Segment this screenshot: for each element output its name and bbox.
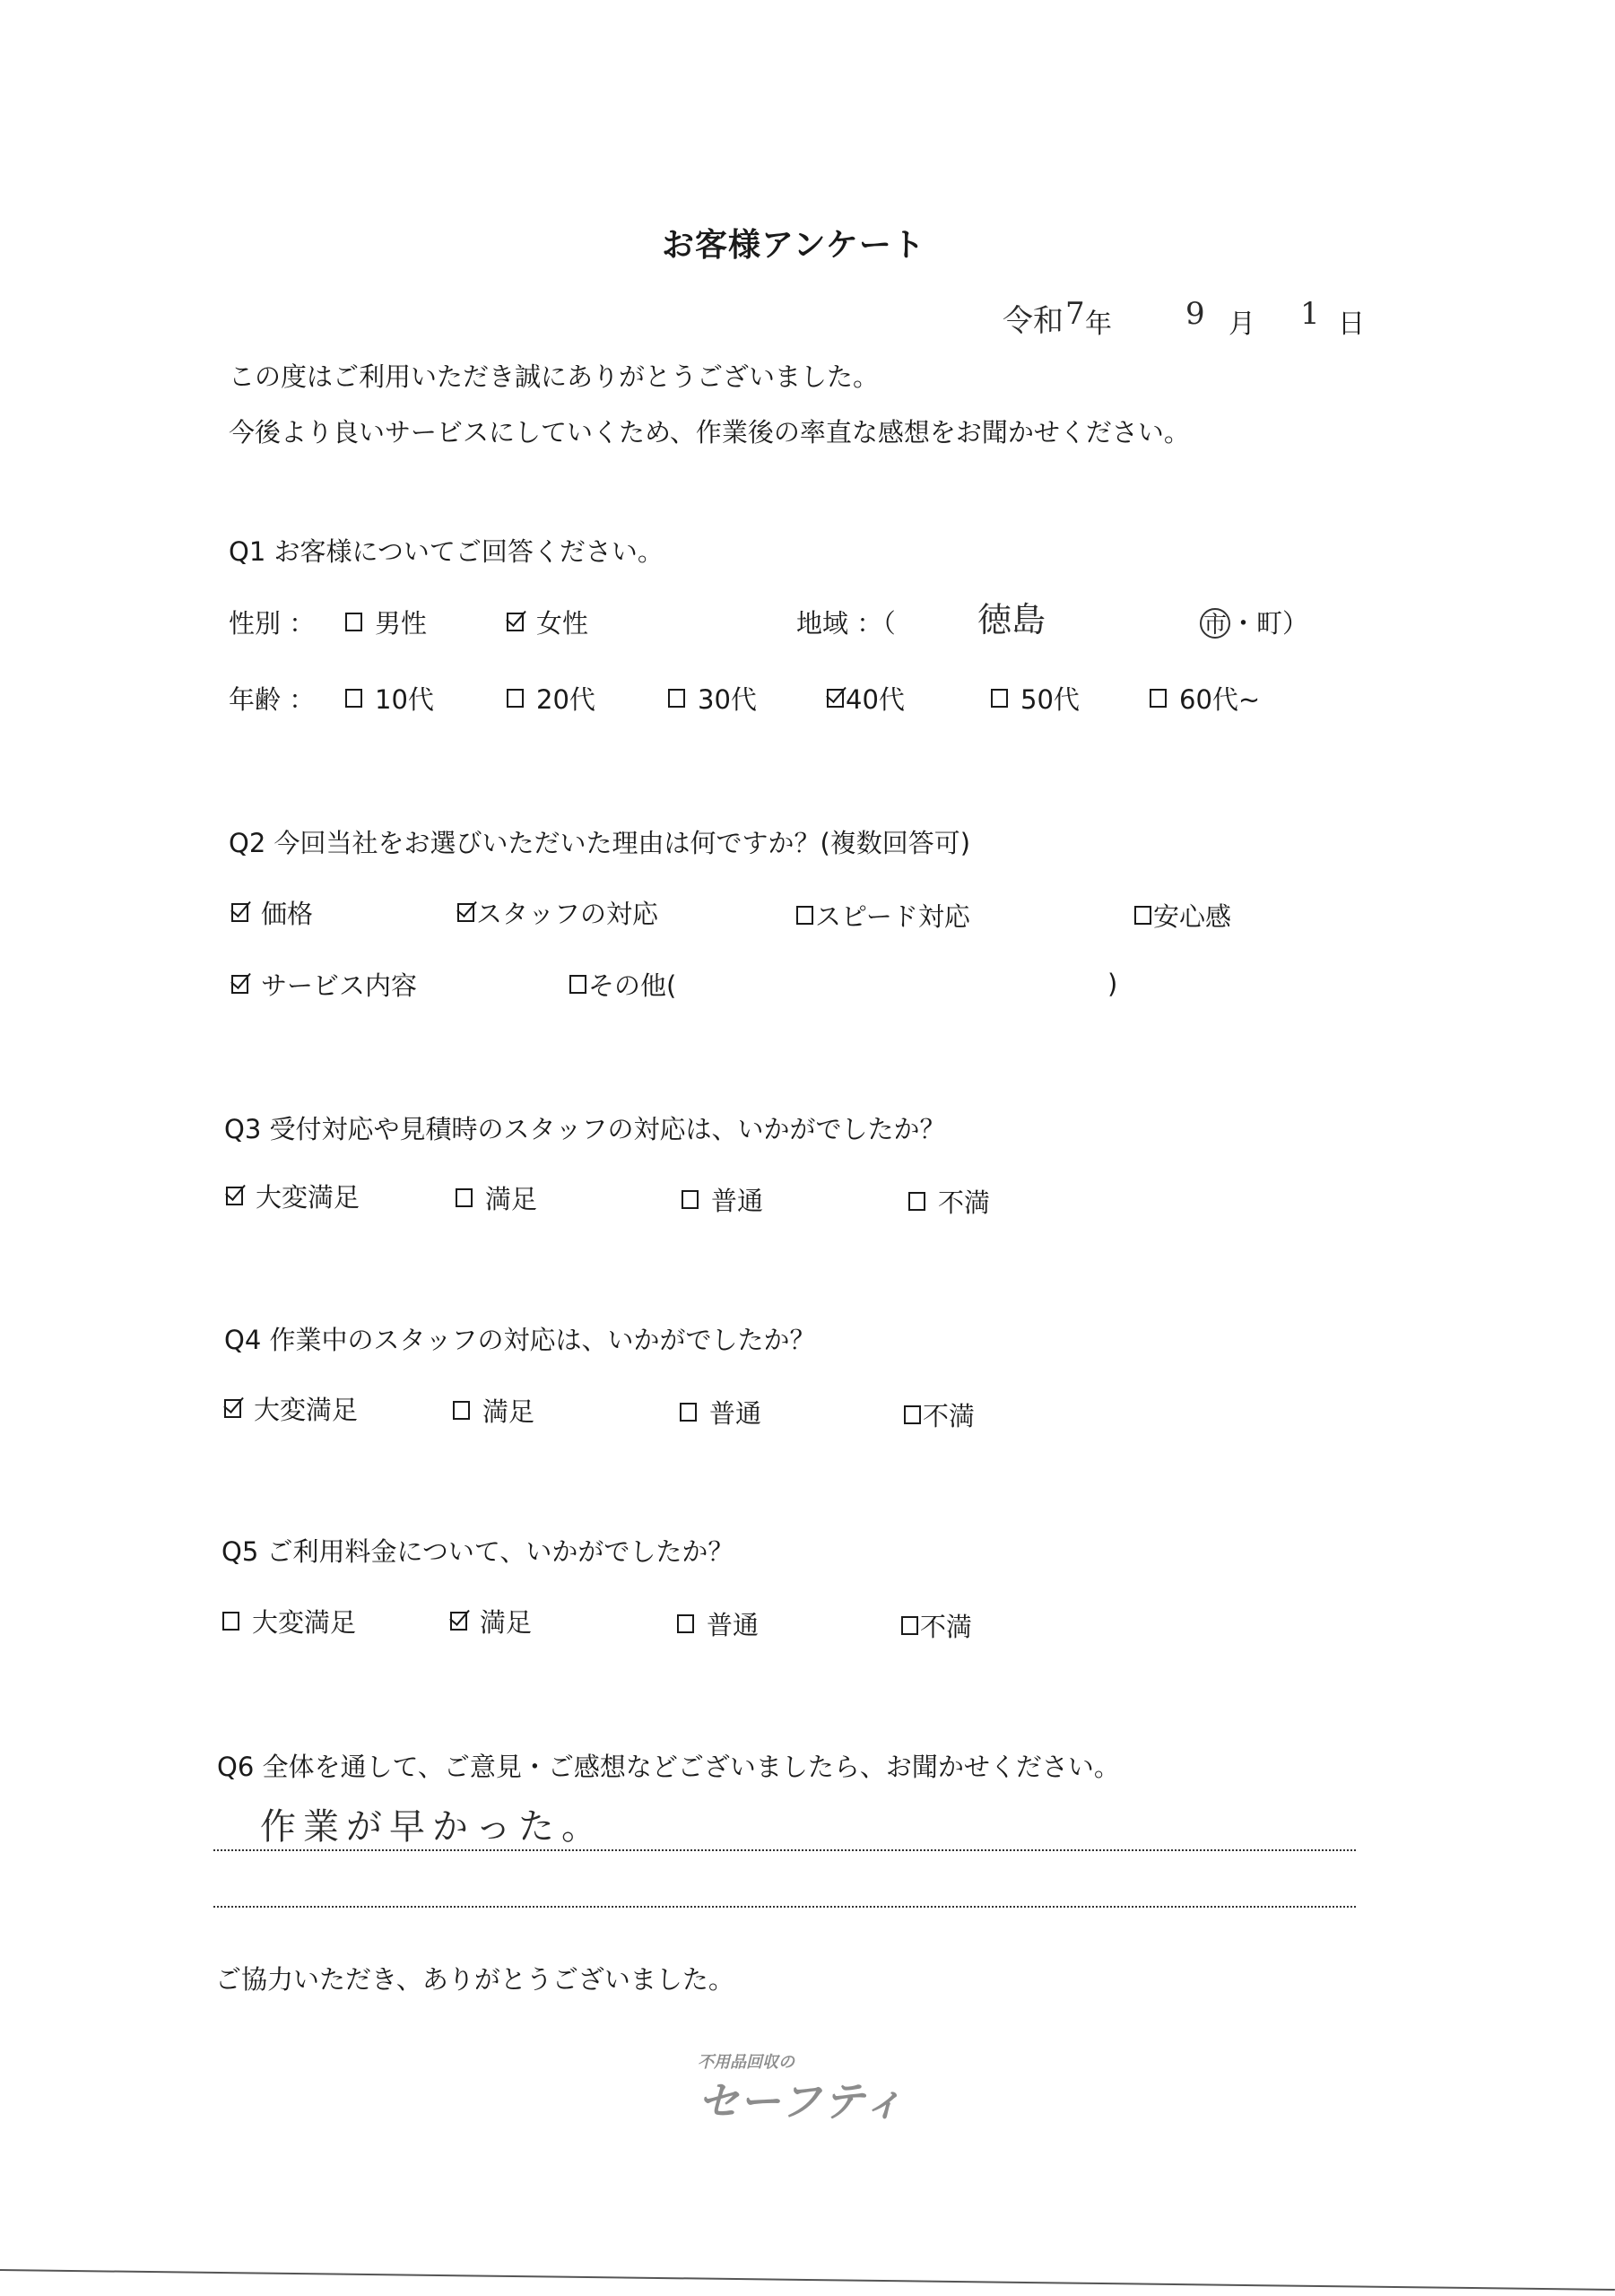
checkbox-checked-icon[interactable] [231, 975, 248, 994]
q2-option-service[interactable]: サービス内容 [231, 966, 417, 1003]
q5-option-neutral[interactable]: 普通 [677, 1605, 759, 1642]
option-label: 安心感 [1153, 897, 1231, 934]
checkbox-icon[interactable] [991, 689, 1008, 708]
checkbox-checked-icon[interactable] [224, 1399, 241, 1418]
age-option-40s[interactable]: 40代 [827, 680, 905, 717]
q4-option-neutral[interactable]: 普通 [680, 1394, 761, 1431]
option-label: 10代 [375, 680, 434, 717]
checkbox-icon[interactable] [1134, 906, 1151, 925]
option-label: 60代~ [1179, 680, 1260, 717]
region-unit: 市・町） [1200, 604, 1308, 640]
checkbox-checked-icon[interactable] [226, 1187, 243, 1205]
q3-option-very-satisfied[interactable]: 大変満足 [226, 1178, 360, 1214]
checkbox-icon[interactable] [904, 1405, 921, 1424]
closing-message: ご協力いただき、ありがとうございました。 [215, 1960, 734, 1996]
q6-question: Q6 全体を通して、ご意見・ご感想などございましたら、お聞かせください。 [217, 1747, 1120, 1784]
option-label: 男性 [375, 604, 427, 640]
option-label: サービス内容 [261, 966, 417, 1003]
option-label: 50代 [1020, 680, 1080, 717]
option-label: 不満 [938, 1183, 990, 1220]
age-option-30s[interactable]: 30代 [668, 680, 757, 717]
logo-brand: セーフティ [698, 2069, 906, 2128]
option-label: 満足 [482, 1392, 534, 1429]
region-unit-city-circled[interactable]: 市 [1200, 608, 1230, 639]
q4-option-dissatisfied[interactable]: 不満 [904, 1396, 975, 1433]
date-day: 1 [1300, 296, 1320, 332]
company-logo: 不用品回収の セーフティ [698, 2049, 906, 2128]
option-label: 普通 [707, 1605, 759, 1642]
date-era: 令和 [1003, 296, 1064, 340]
q5-option-very-satisfied[interactable]: 大変満足 [222, 1603, 356, 1639]
checkbox-icon[interactable] [507, 689, 524, 708]
q4-option-satisfied[interactable]: 満足 [453, 1392, 534, 1429]
age-option-50s[interactable]: 50代 [991, 680, 1080, 717]
q3-question: Q3 受付対応や見積時のスタッフの対応は、いかがでしたか？ [224, 1109, 946, 1146]
checkbox-icon[interactable] [456, 1188, 473, 1207]
age-label: 年齢 ： [229, 680, 315, 717]
age-option-60s-plus[interactable]: 60代~ [1150, 680, 1260, 717]
q5-question: Q5 ご利用料金について、いかがでしたか？ [221, 1532, 734, 1569]
checkbox-icon[interactable] [569, 975, 586, 994]
checkbox-icon[interactable] [680, 1403, 697, 1422]
date-month-unit: 月 [1229, 301, 1255, 341]
q2-question: Q2 今回当社をお選びいただいた理由は何ですか？(複数回答可) [229, 823, 970, 860]
option-label: スピード対応 [815, 897, 970, 934]
gender-option-female[interactable]: 女性 [507, 604, 588, 640]
option-label: 不満 [920, 1607, 972, 1644]
age-option-10s[interactable]: 10代 [345, 680, 434, 717]
checkbox-checked-icon[interactable] [457, 903, 474, 922]
option-label: スタッフの対応 [476, 894, 658, 931]
option-label: 大変満足 [252, 1603, 356, 1639]
q3-option-satisfied[interactable]: 満足 [456, 1179, 537, 1216]
checkbox-checked-icon[interactable] [231, 903, 248, 922]
intro-line-2: 今後より良いサービスにしていくため、作業後の率直な感想をお聞かせください。 [229, 413, 1190, 449]
checkbox-checked-icon[interactable] [450, 1612, 467, 1631]
option-label: その他( [588, 966, 676, 1003]
q2-option-other[interactable]: その他( [569, 966, 676, 1003]
option-label: 30代 [698, 680, 757, 717]
region-unit-separator: ・ [1230, 608, 1256, 639]
page-edge-line [0, 2269, 1615, 2291]
q6-answer[interactable]: 作業が早かった。 [260, 1798, 604, 1849]
checkbox-icon[interactable] [682, 1190, 699, 1209]
checkbox-checked-icon[interactable] [827, 689, 844, 708]
option-label: 40代 [846, 680, 905, 717]
q5-option-satisfied[interactable]: 満足 [450, 1603, 532, 1639]
region-value[interactable]: 徳島 [977, 592, 1046, 641]
q1-question: Q1 お客様についてご回答ください。 [229, 532, 664, 569]
date-day-unit: 日 [1338, 301, 1365, 341]
option-label: 価格 [261, 894, 313, 931]
region-unit-town[interactable]: 町） [1256, 608, 1308, 639]
option-label: 満足 [480, 1603, 532, 1639]
answer-line-2 [213, 1906, 1356, 1908]
q2-option-safety[interactable]: 安心感 [1134, 897, 1231, 934]
gender-label: 性別 ： [229, 604, 315, 640]
intro-line-1: この度はご利用いただき誠にありがとうございました。 [229, 357, 879, 394]
checkbox-icon[interactable] [453, 1401, 470, 1420]
option-label: 普通 [711, 1181, 763, 1218]
q2-other-close: ) [1107, 969, 1117, 999]
q2-option-price[interactable]: 価格 [231, 894, 313, 931]
option-label: 大変満足 [254, 1390, 358, 1427]
option-label: 不満 [923, 1396, 975, 1433]
q4-question: Q4 作業中のスタッフの対応は、いかがでしたか？ [224, 1320, 816, 1357]
option-label: 大変満足 [256, 1178, 360, 1214]
checkbox-icon[interactable] [677, 1614, 694, 1633]
checkbox-icon[interactable] [345, 613, 362, 631]
checkbox-icon[interactable] [345, 689, 362, 708]
gender-option-male[interactable]: 男性 [345, 604, 427, 640]
q4-option-very-satisfied[interactable]: 大変満足 [224, 1390, 358, 1427]
date-month: 9 [1185, 296, 1205, 332]
q3-option-neutral[interactable]: 普通 [682, 1181, 763, 1218]
age-option-20s[interactable]: 20代 [507, 680, 595, 717]
checkbox-icon[interactable] [1150, 689, 1167, 708]
region-label: 地域 ：（ [796, 604, 896, 640]
q2-option-speed[interactable]: スピード対応 [796, 897, 970, 934]
checkbox-icon[interactable] [668, 689, 685, 708]
option-label: 満足 [485, 1179, 537, 1216]
answer-line-1 [213, 1849, 1356, 1851]
q2-option-staff[interactable]: スタッフの対応 [457, 894, 658, 931]
option-label: 女性 [536, 604, 588, 640]
q5-option-dissatisfied[interactable]: 不満 [901, 1607, 972, 1644]
checkbox-icon[interactable] [908, 1192, 925, 1211]
form-title: お客様アンケート [662, 220, 925, 265]
checkbox-icon[interactable] [796, 906, 813, 925]
checkbox-icon[interactable] [901, 1616, 918, 1635]
q3-option-dissatisfied[interactable]: 不満 [908, 1183, 990, 1220]
date-year-unit: 年 [1085, 301, 1112, 341]
date-year: 7 [1065, 296, 1085, 332]
option-label: 20代 [536, 680, 595, 717]
checkbox-icon[interactable] [222, 1612, 239, 1631]
checkbox-checked-icon[interactable] [507, 613, 524, 631]
option-label: 普通 [709, 1394, 761, 1431]
